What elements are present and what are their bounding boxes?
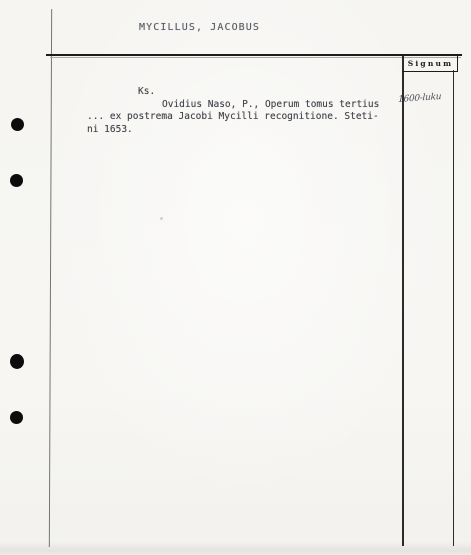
- page-margin-rule: [49, 9, 53, 547]
- body-line-ks: Ks.: [138, 86, 155, 97]
- card-right-border: [453, 70, 455, 546]
- card-top-border-shadow: [50, 57, 461, 58]
- body-line-year: ni 1653.: [87, 124, 133, 135]
- signum-handwritten-value: 1600-luku: [398, 91, 454, 105]
- signum-label: Signum: [406, 59, 454, 68]
- scan-bottom-smudge: [0, 542, 471, 555]
- catalog-card-scan: MYCILLUS, JACOBUS Signum Ks. Ovidius Nas…: [0, 0, 471, 555]
- signum-header-box: Signum: [402, 56, 458, 72]
- signum-column-left-rule: [402, 56, 404, 546]
- body-line-title: Ovidius Naso, P., Operum tomus tertius: [162, 99, 379, 110]
- body-line-imprint: ... ex postrema Jacobi Mycilli recogniti…: [87, 111, 379, 122]
- card-top-border: [46, 54, 462, 56]
- card-heading: MYCILLUS, JACOBUS: [139, 22, 260, 33]
- scan-speck: [160, 217, 163, 220]
- punch-hole-mark: [11, 118, 24, 131]
- punch-hole-mark: [10, 354, 24, 369]
- punch-hole-mark: [10, 411, 23, 424]
- punch-hole-mark: [10, 174, 23, 187]
